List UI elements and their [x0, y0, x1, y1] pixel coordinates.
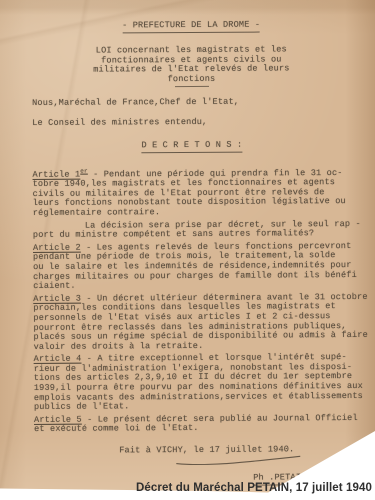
article-paragraph: Article 2 - Les agents relevés de leurs …: [33, 242, 352, 292]
paragraph-line: ciaient.: [33, 280, 352, 292]
paragraph-line: et exécuté comme loi de l'Etat.: [34, 423, 353, 435]
article-label-superscript: er: [80, 167, 88, 174]
signature-flourish-icon: [174, 455, 302, 465]
subtitle-rule: [175, 86, 209, 87]
paragraph-line: réglementaire contraire.: [33, 207, 352, 219]
paragraph-line: valoir des droits à la retraite.: [34, 341, 353, 353]
decree-articles: Article 1er - Pendant une période qui pr…: [32, 165, 353, 435]
signature-flourish: [174, 455, 353, 465]
article-paragraph: Article 4 - A titre exceptionnel et lors…: [34, 353, 353, 413]
decree-heading: D E C R E T O N S :: [32, 140, 351, 154]
preamble-line-1: Nous,Maréchal de France,Chef de l'Etat,: [32, 97, 351, 109]
document-title: - PREFECTURE DE LA DROME -: [32, 20, 351, 34]
scanned-paper: - PREFECTURE DE LA DROME - LOI concernan…: [0, 0, 375, 500]
photo-caption: Décret du Maréchal PETAIN, 17 juillet 19…: [136, 482, 372, 494]
article-label: Article 4: [34, 354, 82, 364]
article-paragraph: Article 1er - Pendant une période qui pr…: [32, 165, 351, 219]
body-paragraph: La décision sera prise par décret, sur l…: [33, 220, 352, 241]
document-title-text: - PREFECTURE DE LA DROME -: [122, 21, 260, 34]
document-subtitle: LOI concernant les magistrats et lesfonc…: [32, 45, 351, 85]
article-paragraph: Article 5 - Le présent décret sera publi…: [34, 414, 353, 435]
subtitle-line: fonctions: [32, 74, 351, 86]
paragraph-line: port du ministre compétent et sans autre…: [33, 229, 352, 241]
preamble-line-2: Le Conseil des ministres entendu,: [32, 117, 351, 129]
article-paragraph: Article 3 - Un décret ultérieur détermin…: [33, 293, 352, 353]
typewritten-text-layer: - PREFECTURE DE LA DROME - LOI concernan…: [0, 0, 375, 500]
decree-heading-text: D E C R E T O N S :: [141, 140, 242, 153]
paragraph-line: publics de l'Etat.: [34, 401, 353, 413]
